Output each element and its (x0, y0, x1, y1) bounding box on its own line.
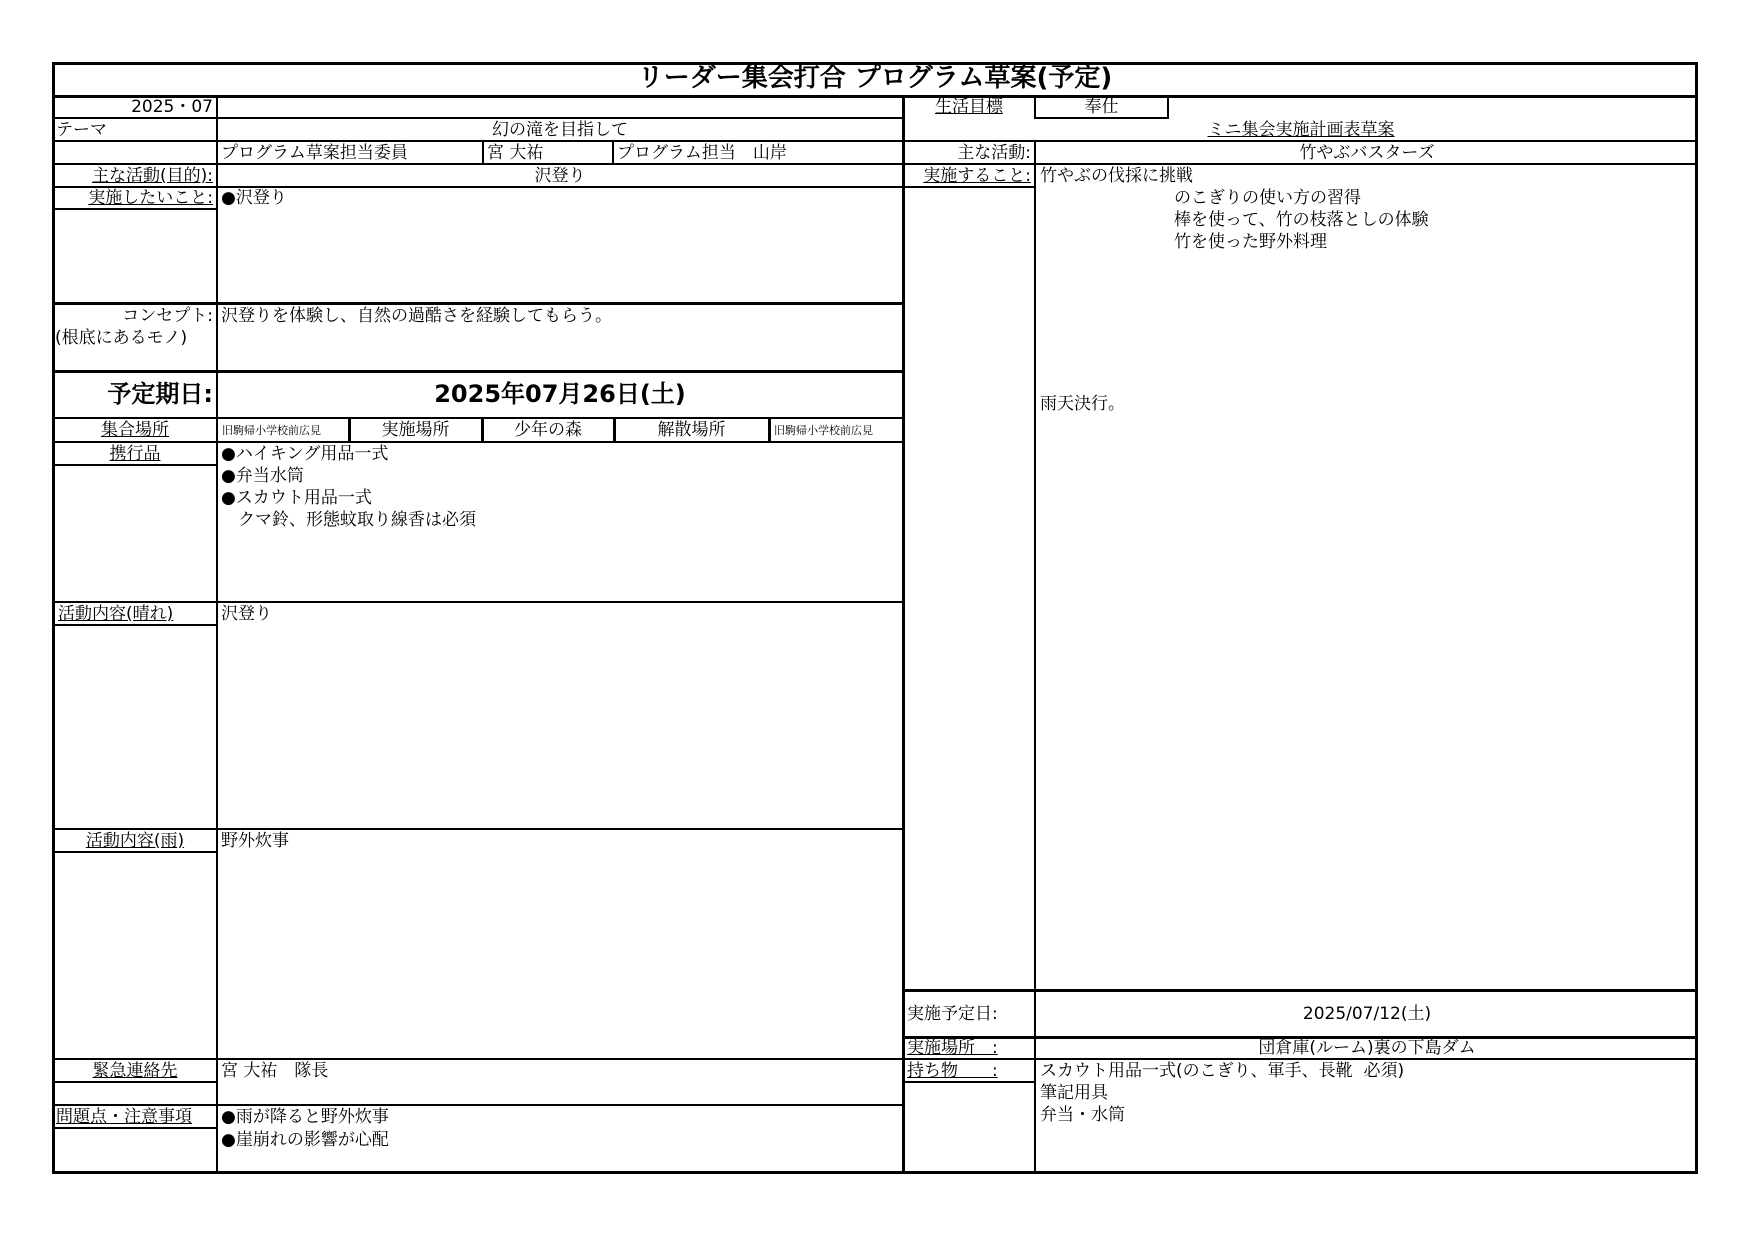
divider (1034, 117, 1169, 119)
goal-value: 奉仕 (1036, 97, 1167, 117)
period-label: 2025・07 (55, 97, 213, 117)
goal-label: 生活目標 (904, 97, 1034, 117)
right-main-activity-value: 竹やぶバスターズ (1036, 143, 1698, 163)
todo-first: 竹やぶの伐採に挑戦 (1040, 166, 1193, 186)
main-activity-value: 沢登り (218, 166, 902, 186)
divider (52, 140, 902, 142)
right-date-value: 2025/07/12(土) (1036, 1004, 1698, 1024)
issues-line-2: ●崖崩れの影響が心配 (221, 1130, 389, 1150)
committee-name: 宮 大祐 (487, 143, 543, 163)
todo-item-1: のこぎりの使い方の習得 (1174, 188, 1361, 208)
concept-value: 沢登りを体験し、自然の過酷さを経験してもらう。 (221, 306, 612, 326)
divider (482, 141, 484, 163)
divider (216, 96, 218, 1174)
divider (768, 418, 771, 442)
divider (903, 140, 1698, 142)
dismiss-value: 旧駒帰小学校前広見 (774, 421, 873, 441)
items-line-2: ●弁当水筒 (221, 466, 304, 486)
divider (52, 1058, 902, 1060)
divider (903, 1081, 1035, 1083)
divider (52, 1081, 217, 1083)
concept-label: コンセプト: (55, 306, 213, 326)
right-main-activity-label: 主な活動: (904, 143, 1031, 163)
belongings-line-1: スカウト用品一式(のこぎり、軍手、長靴 必須) (1040, 1061, 1404, 1081)
divider (903, 1058, 1698, 1060)
want-value: ●沢登り (221, 188, 287, 208)
belongings-label: 持ち物 : (907, 1061, 998, 1081)
items-label: 携行品 (55, 444, 215, 464)
todo-label: 実施すること: (904, 166, 1031, 186)
rain-note: 雨天決行。 (1040, 394, 1125, 414)
venue-label: 実施場所 (350, 420, 481, 440)
meeting-place-label: 集合場所 (55, 420, 215, 440)
divider (52, 1104, 902, 1106)
belongings-line-2: 筆記用具 (1040, 1083, 1108, 1103)
todo-item-3: 竹を使った野外料理 (1174, 232, 1327, 252)
divider (612, 141, 614, 163)
date-value: 2025年07月26日(土) (218, 379, 902, 409)
sunny-label: 活動内容(晴れ) (58, 604, 173, 624)
venue-value: 少年の森 (483, 420, 613, 440)
divider (52, 601, 902, 603)
divider (902, 96, 905, 1174)
belongings-line-3: 弁当・水筒 (1040, 1105, 1125, 1125)
sunny-value: 沢登り (221, 604, 272, 624)
divider (52, 624, 217, 626)
dismiss-label: 解散場所 (615, 420, 768, 440)
divider (52, 163, 902, 165)
divider (903, 163, 1698, 165)
divider (52, 95, 1698, 98)
divider (52, 1127, 217, 1129)
todo-item-2: 棒を使って、竹の枝落としの体験 (1174, 210, 1429, 230)
items-line-1: ●ハイキング用品一式 (221, 444, 388, 464)
divider (52, 370, 902, 373)
concept-sublabel: (根底にあるモノ) (55, 328, 187, 348)
theme-label: テーマ (56, 120, 107, 140)
rain-label: 活動内容(雨) (55, 831, 215, 851)
theme-value: 幻の滝を目指して (218, 120, 902, 140)
divider (52, 302, 902, 305)
issues-line-1: ●雨が降ると野外炊事 (221, 1107, 389, 1127)
divider (52, 417, 902, 419)
divider (52, 208, 217, 210)
want-label: 実施したいこと: (55, 188, 213, 208)
items-line-3: ●スカウト用品一式 (221, 488, 372, 508)
right-venue-label: 実施場所 : (907, 1038, 998, 1058)
emergency-value: 宮 大祐 隊長 (221, 1061, 328, 1081)
page-title: リーダー集会打合 プログラム草案(予定) (52, 63, 1698, 93)
divider (903, 989, 1698, 992)
divider (1167, 96, 1169, 118)
right-date-label: 実施予定日: (907, 1004, 998, 1024)
main-activity-label: 主な活動(目的): (55, 166, 213, 186)
divider (52, 117, 902, 119)
rain-value: 野外炊事 (221, 831, 289, 851)
meeting-place-value: 旧駒帰小学校前広見 (222, 421, 321, 441)
divider (52, 441, 902, 443)
items-line-4: クマ鈴、形態蚊取り線香は必須 (221, 510, 476, 530)
program-owner: プログラム担当 山岸 (617, 143, 787, 163)
committee-label: プログラム草案担当委員 (221, 143, 408, 163)
plan-subtitle: ミニ集会実施計画表草案 (904, 120, 1698, 140)
issues-label: 問題点・注意事項 (56, 1107, 192, 1127)
emergency-label: 緊急連絡先 (55, 1061, 215, 1081)
divider (52, 828, 902, 830)
right-venue-value: 団倉庫(ルーム)裏の下島ダム (1036, 1038, 1698, 1058)
divider (903, 186, 1035, 188)
divider (52, 464, 217, 466)
divider (52, 851, 217, 853)
date-label: 予定期日: (55, 379, 213, 409)
